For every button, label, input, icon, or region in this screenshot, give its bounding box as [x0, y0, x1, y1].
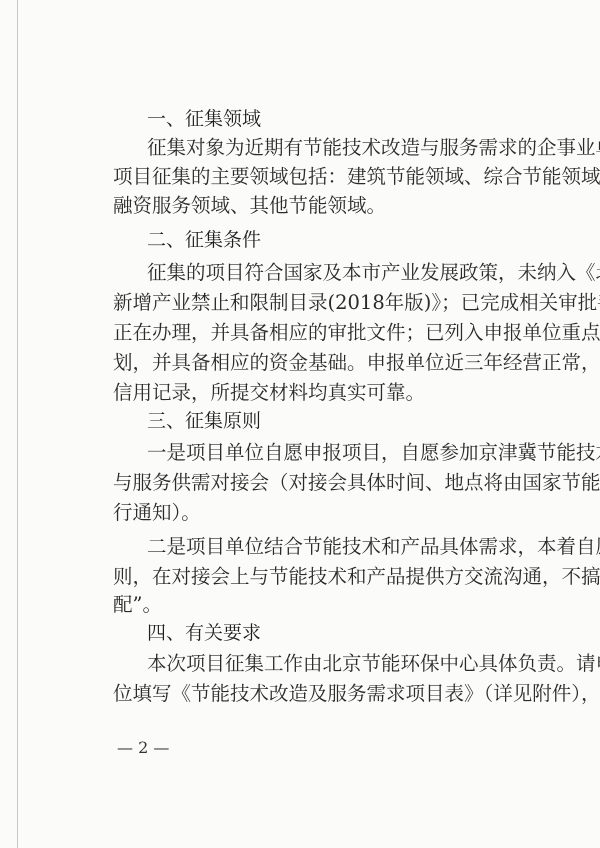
section-heading-1: 一、征集领域: [147, 107, 261, 131]
paragraph-line: 项目征集的主要领域包括：建筑节能领域、综合节能领域、节能: [113, 165, 539, 189]
paragraph-line: 新增产业禁止和限制目录(2018年版)》；已完成相关审批手续或: [113, 291, 539, 315]
paragraph-line: 则，在对接会上与节能技术和产品提供方交流沟通，不搞“拉郎: [113, 565, 539, 589]
scan-edge-line: [17, 0, 18, 848]
paragraph-line: 信用记录，所提交材料均真实可靠。: [113, 381, 539, 405]
paragraph-line: 本次项目征集工作由北京节能环保中心具体负责。请申报单: [147, 652, 539, 676]
paragraph-line: 行通知）。: [113, 501, 539, 525]
page-number: — 2 —: [117, 737, 169, 759]
paragraph-line: 划，并具备相应的资金基础。申报单位近三年经营正常，无不良: [113, 351, 539, 375]
paragraph-line: 与服务供需对接会（对接会具体时间、地点将由国家节能中心另: [113, 471, 539, 495]
paragraph-line: 征集对象为近期有节能技术改造与服务需求的企事业单位。: [147, 136, 539, 160]
paragraph-line: 融资服务领域、其他节能领域。: [113, 194, 539, 218]
section-heading-2: 二、征集条件: [147, 228, 261, 252]
section-heading-4: 四、有关要求: [147, 621, 261, 645]
paragraph-line: 配”。: [113, 593, 539, 617]
paragraph-line: 二是项目单位结合节能技术和产品具体需求，本着自愿的原: [147, 535, 539, 559]
paragraph-line: 一是项目单位自愿申报项目，自愿参加京津冀节能技术改造: [147, 441, 539, 465]
paragraph-line: 正在办理，并具备相应的审批文件；已列入申报单位重点建设计: [113, 321, 539, 345]
section-heading-3: 三、征集原则: [147, 409, 261, 433]
paragraph-line: 位填写《节能技术改造及服务需求项目表》（详见附件），并于5: [113, 682, 539, 706]
paragraph-line: 征集的项目符合国家及本市产业发展政策，未纳入《北京市: [147, 261, 539, 285]
